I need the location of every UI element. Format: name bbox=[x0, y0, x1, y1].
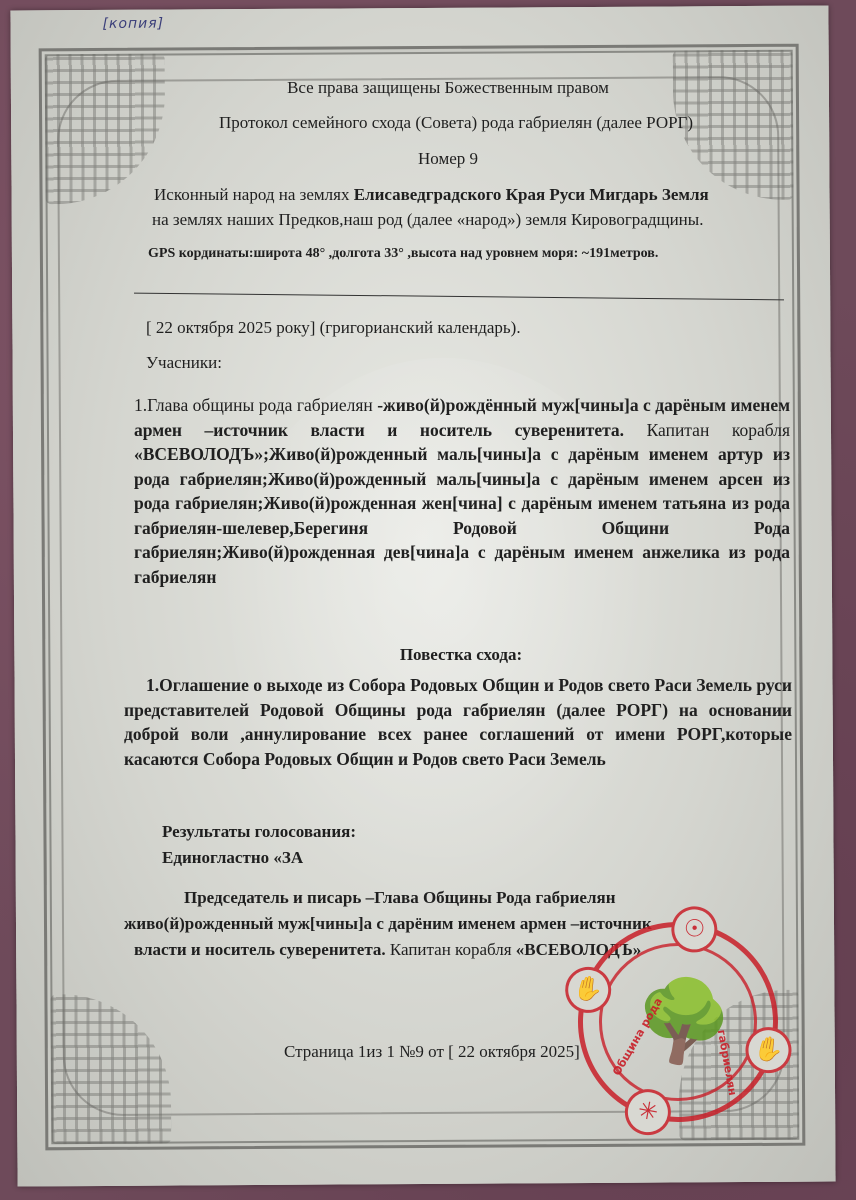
signature-sovereignty: власти и носитель суверенитета. bbox=[134, 940, 386, 959]
protocol-number: Номер 9 bbox=[40, 149, 856, 169]
gps-coordinates: GPS кординаты:широта 48° ,долгота 33° ,в… bbox=[148, 246, 658, 262]
separator-line bbox=[134, 293, 784, 301]
signature-line-1: Председатель и писарь –Глава Общины Рода… bbox=[184, 888, 616, 908]
location-region: Елисаведградского Края Руси Мигдарь Земл… bbox=[354, 185, 709, 204]
participants-label: Учасники: bbox=[146, 353, 222, 373]
protocol-title: Протокол семейного схода (Совета) рода г… bbox=[56, 113, 856, 133]
location-prefix: Исконный народ на землях bbox=[154, 185, 354, 204]
participants-list: 1.Глава общины рода габриелян -живо(й)ро… bbox=[134, 393, 790, 589]
agenda-heading: Повестка схода: bbox=[66, 645, 856, 665]
page-footer: Страница 1из 1 №9 от [ 22 октября 2025] bbox=[284, 1042, 580, 1062]
participant-members: «ВСЕВОЛОДЪ»;Живо(й)рожденный маль[чины]а… bbox=[134, 444, 790, 587]
agenda-item-1: 1.Оглашение о выходе из Собора Родовых О… bbox=[124, 673, 792, 771]
document-content: Все права защищены Божественным правом П… bbox=[0, 0, 856, 1200]
voting-label: Результаты голосования: bbox=[162, 822, 356, 842]
ship-label: Капитан корабля bbox=[624, 420, 790, 440]
rights-line: Все права защищены Божественным правом bbox=[40, 78, 856, 98]
signature-line-2: живо(й)рожденный муж[чины]а с дарёним им… bbox=[124, 914, 652, 934]
date-line: [ 22 октября 2025 року] (григорианский к… bbox=[146, 318, 521, 338]
participant-intro: 1.Глава общины рода габриелян bbox=[134, 395, 377, 415]
voting-result: Единогластно «ЗА bbox=[162, 848, 303, 868]
location-line-1: Исконный народ на землях Елисаведградско… bbox=[154, 185, 709, 205]
location-line-2: на землях наших Предков,наш род (далее «… bbox=[152, 210, 703, 230]
signature-ship-label: Капитан корабля bbox=[386, 940, 516, 959]
signature-line-3: власти и носитель суверенитета. Капитан … bbox=[134, 940, 641, 960]
